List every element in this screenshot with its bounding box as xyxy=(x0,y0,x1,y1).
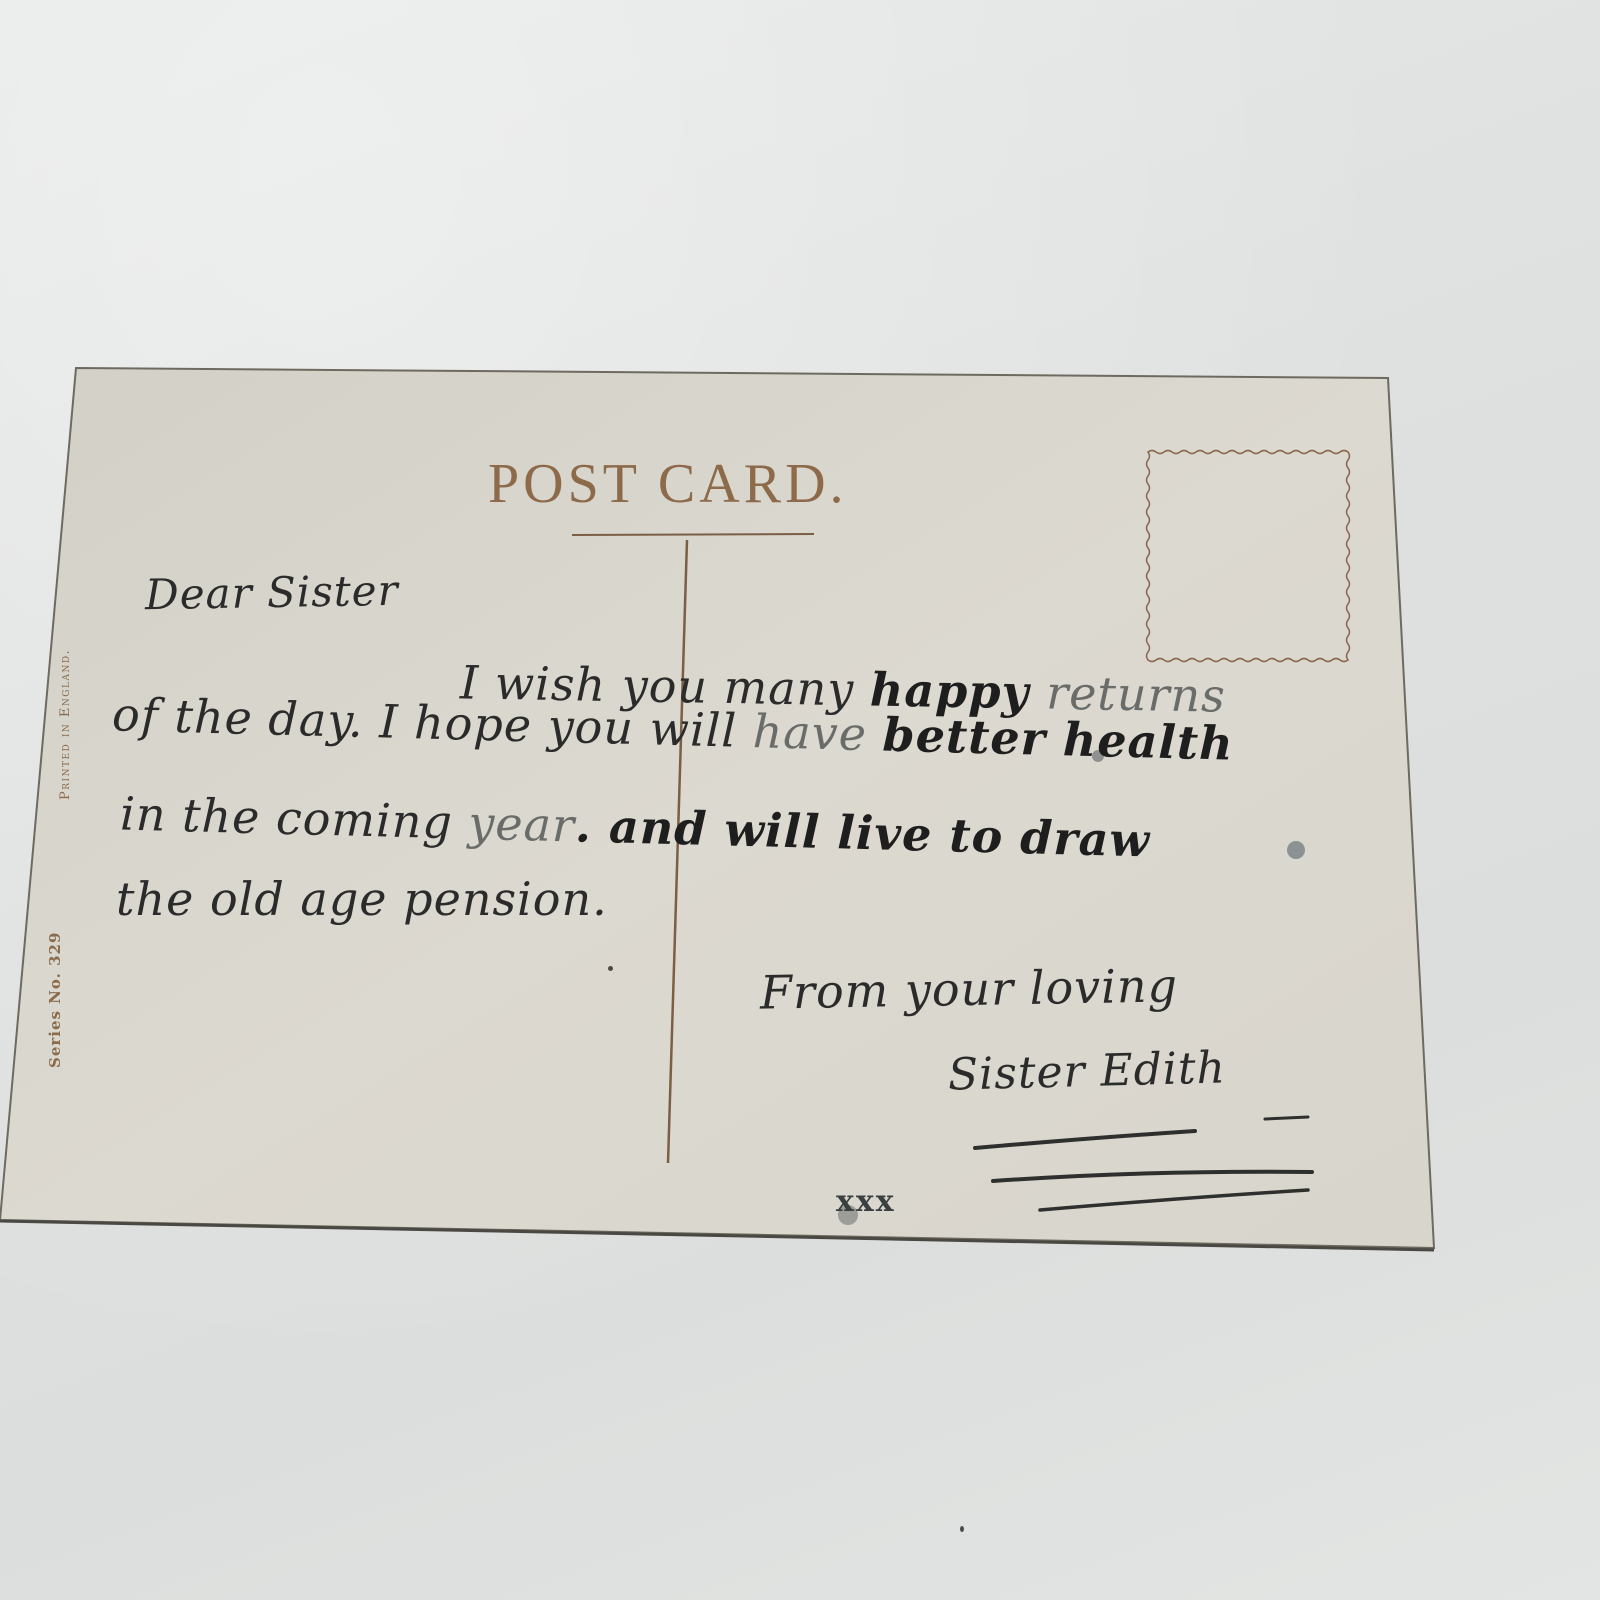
message-line-2-part-c: better health xyxy=(882,708,1234,771)
signature: Sister Edith xyxy=(947,1042,1226,1100)
printed-in-england-text: Printed in England. xyxy=(58,649,73,800)
message-line-4: the old age pension. xyxy=(116,872,608,926)
postcard: POST CARD. Printed in England. Series No… xyxy=(0,0,1600,1600)
series-number: Series No. 329 xyxy=(46,932,64,1068)
message-line-3-part-a: in the coming xyxy=(119,787,469,850)
surface-speck xyxy=(960,1526,964,1532)
kisses: xxx xyxy=(836,1184,896,1219)
ink-dot xyxy=(608,966,613,971)
message-line-2-part-b: have xyxy=(752,704,883,761)
postcard-title: POST CARD. xyxy=(488,452,848,516)
closing: From your loving xyxy=(760,958,1179,1019)
salutation: Dear Sister xyxy=(145,566,399,619)
message-line-3-part-b: year xyxy=(468,796,576,853)
